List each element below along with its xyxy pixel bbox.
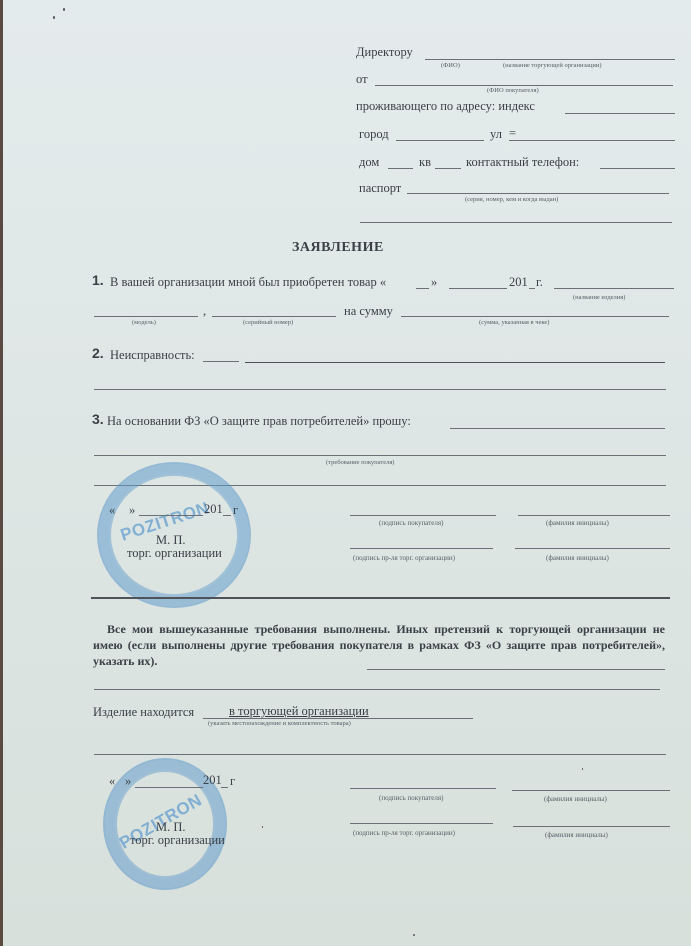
product-name-hint: (название изделия)	[573, 294, 625, 301]
passport-field[interactable]	[407, 193, 669, 194]
seller-signature-hint: (подпись пр-ля торг. организации)	[353, 554, 455, 562]
purchase-month-field[interactable]	[449, 288, 507, 289]
model-hint: (модель)	[132, 319, 156, 326]
sum-hint: (сумма, указанная в чеке)	[479, 319, 549, 326]
seller-signature-field-2[interactable]	[350, 823, 493, 824]
section2-number: 2.	[92, 345, 104, 361]
city-field[interactable]	[396, 140, 484, 141]
serial-hint: (серийный номер)	[243, 319, 293, 326]
street-field[interactable]	[509, 140, 675, 141]
other-demands-field[interactable]	[367, 669, 665, 670]
sign2-date-open: «	[109, 774, 115, 789]
location-value[interactable]: в торгующей организации	[229, 704, 369, 719]
buyer-name-field[interactable]	[518, 515, 670, 516]
sign1-date-close: »	[129, 503, 135, 518]
house-field[interactable]	[388, 168, 413, 169]
section3-text: На основании ФЗ «О защите прав потребите…	[107, 414, 411, 429]
purchase-year-field[interactable]	[529, 288, 535, 289]
speck	[262, 826, 263, 828]
seller-name-field[interactable]	[515, 548, 670, 549]
phone-field[interactable]	[600, 168, 675, 169]
sign2-date-close: »	[125, 774, 131, 789]
phone-label: контактный телефон:	[466, 155, 579, 170]
speck	[582, 768, 583, 770]
apt-label: кв	[419, 155, 431, 170]
serial-field[interactable]	[212, 316, 336, 317]
sign1-date-open: «	[109, 503, 115, 518]
demand-field-2[interactable]	[94, 455, 666, 456]
director-hint-name: (ФИО)	[441, 62, 460, 69]
buyer-signature-hint-2: (подпись покупателя)	[379, 794, 443, 802]
speck	[63, 8, 65, 11]
apt-field[interactable]	[435, 168, 461, 169]
passport-label: паспорт	[359, 181, 401, 196]
document-title: ЗАЯВЛЕНИЕ	[292, 240, 384, 256]
section1-number: 1.	[92, 272, 104, 288]
section1-text: В вашей организации мной был приобретен …	[110, 275, 386, 290]
seller-signature-hint-2: (подпись пр-ля торг. организации)	[353, 829, 455, 837]
defect-field-2[interactable]	[94, 389, 666, 390]
director-label: Директору	[356, 45, 413, 60]
buyer-signature-field-2[interactable]	[350, 788, 496, 789]
sign2-org: торг. организации	[130, 833, 225, 848]
director-field[interactable]	[425, 59, 675, 60]
defect-field-short[interactable]	[203, 361, 239, 362]
street-label: ул	[490, 127, 502, 142]
demand-hint: (требование покупателя)	[326, 459, 394, 466]
from-hint: (ФИО покупателя)	[487, 87, 539, 94]
section1-year-suffix: г.	[536, 275, 543, 290]
seller-name-field-2[interactable]	[513, 826, 670, 827]
demand-field[interactable]	[450, 428, 665, 429]
city-label: город	[359, 127, 389, 142]
buyer-name-hint: (фамилия инициалы)	[546, 519, 609, 527]
passport-field-2[interactable]	[360, 222, 672, 223]
address-label: проживающего по адресу: индекс	[356, 99, 535, 114]
purchase-day-field[interactable]	[416, 288, 429, 289]
sign2-year: 201	[203, 773, 222, 788]
buyer-name-hint-2: (фамилия инициалы)	[544, 795, 607, 803]
sign1-date-field[interactable]	[139, 515, 203, 516]
seller-name-hint-2: (фамилия инициалы)	[545, 831, 608, 839]
sign2-year-field[interactable]	[221, 787, 228, 788]
section3-number: 3.	[92, 411, 104, 427]
from-label: от	[356, 72, 368, 87]
buyer-signature-hint: (подпись покупателя)	[379, 519, 443, 527]
other-demands-field-2[interactable]	[94, 689, 660, 690]
section1-year: 201	[509, 275, 528, 290]
seller-signature-field[interactable]	[350, 548, 493, 549]
section1-quote-close: »	[431, 275, 437, 290]
section2-text: Неисправность:	[110, 348, 195, 363]
location-field-2[interactable]	[94, 754, 666, 755]
document-page: Директору (ФИО) (название торгующей орга…	[3, 0, 691, 946]
section-divider	[91, 597, 670, 599]
seller-name-hint: (фамилия инициалы)	[546, 554, 609, 562]
house-label: дом	[359, 155, 379, 170]
product-name-field[interactable]	[554, 288, 674, 289]
sign1-year: 201	[204, 502, 223, 517]
sign1-year-suffix: г	[233, 503, 238, 518]
passport-hint: (серия, номер, кем и когда выдан)	[465, 196, 558, 203]
from-field[interactable]	[375, 85, 673, 86]
buyer-name-field-2[interactable]	[512, 790, 670, 791]
sign1-year-field[interactable]	[223, 515, 231, 516]
sign1-org: торг. организации	[127, 546, 222, 561]
closing-statement: Все мои вышеуказанные требования выполне…	[93, 621, 665, 669]
sign2-date-field[interactable]	[135, 787, 203, 788]
section1-comma: ,	[203, 304, 206, 319]
street-mark: =	[509, 126, 516, 141]
location-label: Изделие находится	[93, 705, 194, 720]
sign2-year-suffix: г	[230, 774, 235, 789]
speck	[413, 934, 415, 936]
director-hint-org: (название торгующей организации)	[503, 62, 602, 69]
speck	[53, 16, 55, 19]
sum-field[interactable]	[401, 316, 669, 317]
model-field[interactable]	[94, 316, 198, 317]
location-hint: (указать местонахождение и комплектность…	[208, 720, 351, 727]
index-field[interactable]	[565, 113, 675, 114]
sum-label: на сумму	[344, 304, 393, 319]
defect-field[interactable]	[245, 362, 665, 363]
buyer-signature-field[interactable]	[350, 515, 496, 516]
